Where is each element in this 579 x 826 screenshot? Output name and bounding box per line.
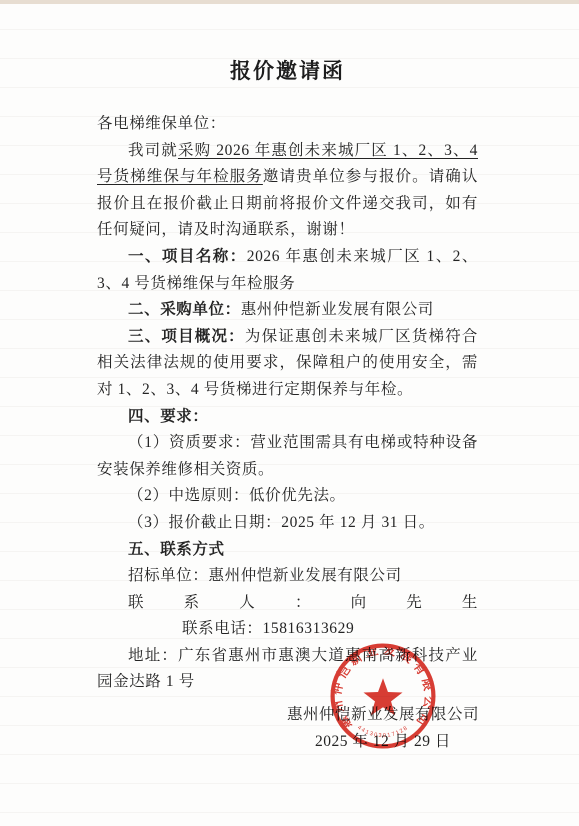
contact-person: 联系人：向先生 [128, 594, 478, 611]
contact-tender-unit: 招标单位：惠州仲恺新业发展有限公司 [97, 563, 478, 590]
contact-person-phone-line: 联系人：向先生联系电话：15816313629 [97, 590, 478, 643]
seal-code-text: 441303017128 [356, 725, 410, 739]
salutation-line: 各电梯维保单位： [97, 111, 478, 138]
scanned-letter-page: 报价邀请函 各电梯维保单位： 我司就采购 2026 年惠创未来城厂区 1、2、3… [0, 0, 579, 826]
svg-text:441303017128: 441303017128 [356, 725, 410, 739]
section-requirements-heading: 四、要求： [97, 404, 478, 431]
star-icon [363, 678, 402, 715]
requirement-deadline: （3）报价截止日期：2025 年 12 月 31 日。 [97, 510, 478, 537]
contact-phone: 联系电话：15816313629 [151, 616, 354, 643]
section-contact-heading: 五、联系方式 [97, 537, 478, 564]
company-seal-stamp: 惠州仲恺新业发展有限公司 441303017128 [327, 640, 439, 752]
requirement-selection-principle: （2）中选原则：低价优先法。 [97, 483, 478, 510]
intro-paragraph: 我司就采购 2026 年惠创未来城厂区 1、2、3、4 号货梯维保与年检服务邀请… [97, 138, 478, 244]
section-purchasing-unit: 二、采购单位：惠州仲恺新业发展有限公司 [97, 297, 478, 324]
section-project-overview: 三、项目概况：为保证惠创未来城厂区货梯符合相关法律法规的使用要求，保障租户的使用… [97, 324, 478, 404]
requirement-qualification: （1）资质要求：营业范围需具有电梯或特种设备安装保养维修相关资质。 [97, 430, 478, 483]
letter-title: 报价邀请函 [97, 55, 478, 85]
section-project-name: 一、项目名称：2026 年惠创未来城厂区 1、2、3、4 号货梯维保与年检服务 [97, 244, 478, 297]
